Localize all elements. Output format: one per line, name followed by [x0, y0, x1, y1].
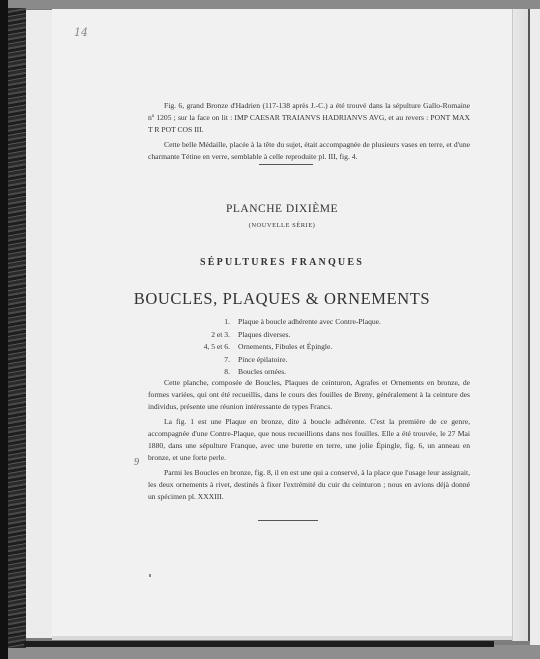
paper-speck: [149, 574, 151, 577]
page-number: 14: [74, 26, 88, 39]
body-paragraph-2: La fig. 1 est une Plaque en bronze, dite…: [148, 416, 470, 464]
separator-rule-bottom: [258, 520, 318, 521]
body-text: Cette planche, composée de Boucles, Plaq…: [148, 377, 470, 506]
endpaper: [26, 10, 53, 638]
scan-top-strip: [8, 0, 540, 9]
planche-title: PLANCHE DIXIÈME: [52, 203, 512, 215]
opening-paragraph-1: Fig. 6, grand Bronze d'Hadrien (117-138 …: [148, 100, 470, 136]
scan-black-edge: [0, 0, 8, 659]
scan-bottom-strip: [8, 645, 540, 659]
planche-subtitle: (NOUVELLE SÉRIE): [52, 222, 512, 229]
section-title: SÉPULTURES FRANQUES: [52, 257, 512, 268]
book-page: 14 Fig. 6, grand Bronze d'Hadrien (117-1…: [52, 9, 512, 636]
body-paragraph-1: Cette planche, composée de Boucles, Plaq…: [148, 377, 470, 413]
figure-list-item: 1. Plaque à boucle adhérente avec Contre…: [168, 316, 381, 329]
margin-annotation: 9: [134, 457, 139, 468]
body-paragraph-3: Parmi les Boucles en bronze, fig. 8, il …: [148, 467, 470, 503]
book-cover-marbled: [8, 8, 26, 648]
figure-list-item: 2 et 3. Plaques diverses.: [168, 329, 381, 342]
next-page-edge: [530, 9, 540, 645]
page-stack-edge: [512, 9, 529, 641]
opening-text: Fig. 6, grand Bronze d'Hadrien (117-138 …: [148, 100, 470, 166]
separator-rule-top: [259, 164, 313, 165]
opening-paragraph-2: Cette belle Médaille, placée à la tête d…: [148, 139, 470, 163]
figure-list-item: 4, 5 et 6. Ornements, Fibules et Épingle…: [168, 341, 381, 354]
figure-list: 1. Plaque à boucle adhérente avec Contre…: [168, 316, 381, 379]
book-cover-bottom-edge: [24, 641, 494, 647]
figure-list-item: 7. Pince épilatoire.: [168, 354, 381, 367]
main-title: BOUCLES, PLAQUES & ORNEMENTS: [52, 289, 512, 309]
